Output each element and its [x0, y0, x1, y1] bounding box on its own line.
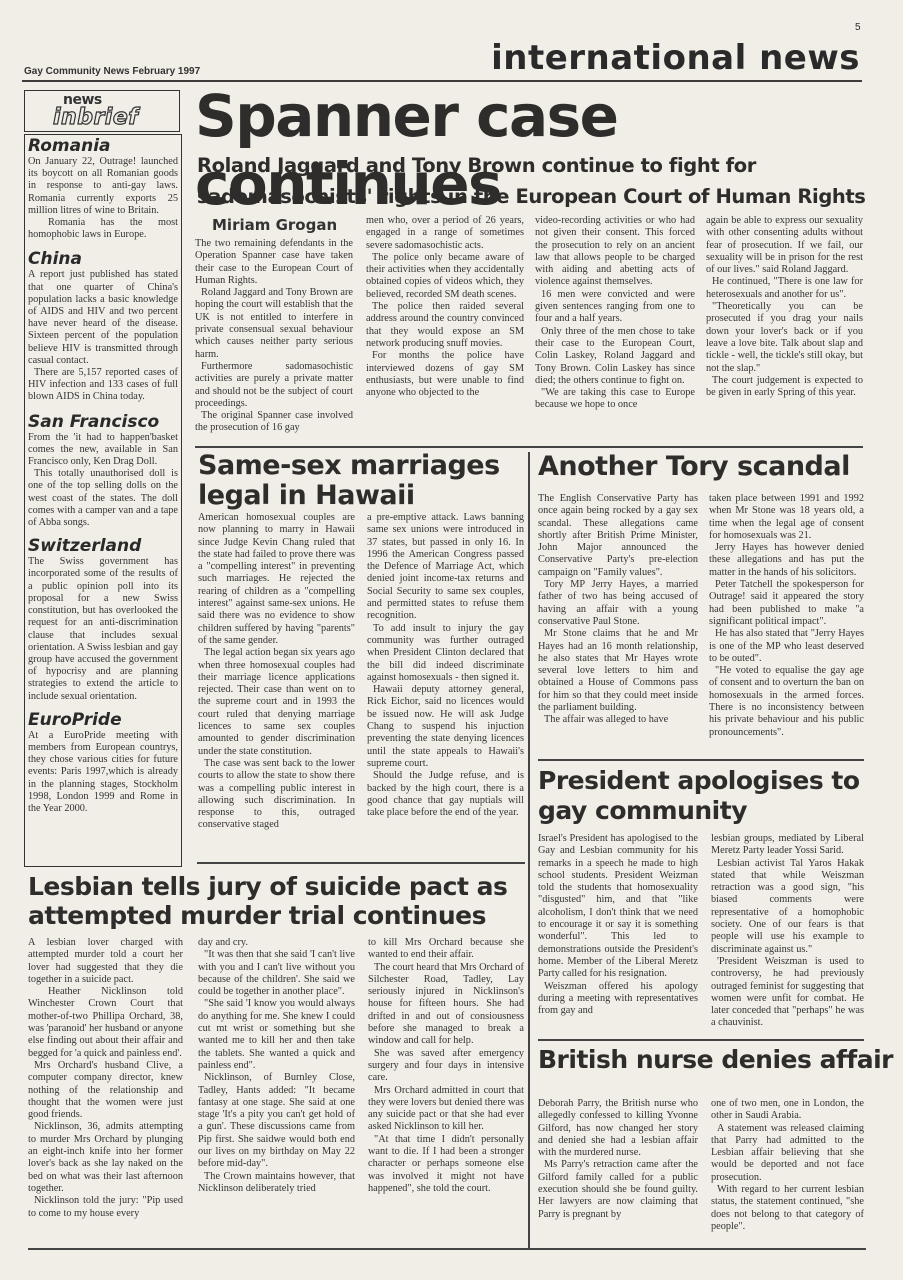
- paragraph: "Theoretically you can be prosecuted if …: [706, 301, 863, 375]
- paragraph: He has also stated that "Jerry Hayes is …: [709, 628, 864, 665]
- paragraph: "At that time I didn't personally want t…: [368, 1134, 524, 1195]
- paragraph: men who, over a period of 26 years, enga…: [366, 215, 524, 252]
- paragraph: a pre-emptive attack. Laws banning same …: [367, 512, 524, 623]
- paragraph: Tory MP Jerry Hayes, a married father of…: [538, 579, 698, 628]
- paragraph: Ms Parry's retraction came after the Gil…: [538, 1159, 698, 1220]
- president-column-1: Israel's President has apologised to the…: [538, 833, 698, 1017]
- president-bottom-rule: [538, 1039, 864, 1041]
- brief-paragraph: There are 5,157 reported cases of HIV in…: [28, 367, 178, 404]
- paragraph: The affair was alleged to have: [538, 714, 698, 726]
- brief-paragraph: This totally unauthorised doll is one of…: [28, 468, 178, 529]
- spanner-subheadline: Roland Jaggard and Tony Brown continue t…: [197, 150, 877, 212]
- paragraph: Jerry Hayes has however denied these all…: [709, 542, 864, 579]
- paragraph: Hawaii deputy attorney general, Rick Eic…: [367, 684, 524, 770]
- paragraph: "It was then that she said 'I can't live…: [198, 949, 355, 998]
- brief-heading-san-francisco: San Francisco: [28, 413, 178, 432]
- paragraph: Deborah Parry, the British nurse who all…: [538, 1098, 698, 1159]
- lesbian-column-1: A lesbian lover charged with attempted m…: [28, 937, 183, 1220]
- paragraph: Mrs Orchard admitted in court that they …: [368, 1085, 524, 1134]
- news-in-brief-logo: news inbrief: [24, 90, 180, 132]
- paragraph: The two remaining defendants in the Oper…: [195, 238, 353, 287]
- paragraph: The case was sent back to the lower cour…: [198, 758, 355, 832]
- page-number: 5: [855, 22, 861, 33]
- paragraph: day and cry.: [198, 937, 355, 949]
- brief-paragraph: Romania has the most homophobic laws in …: [28, 217, 178, 241]
- paragraph: Furthermore sadomasochistic activities a…: [195, 361, 353, 410]
- paragraph: The English Conservative Party has once …: [538, 493, 698, 579]
- paragraph: Peter Tatchell the spokesperson for Outr…: [709, 579, 864, 628]
- paragraph: one of two men, one in London, the other…: [711, 1098, 864, 1123]
- spanner-byline: Miriam Grogan: [212, 216, 337, 234]
- president-headline: President apologises to gay community: [538, 766, 868, 826]
- brief-paragraph: A report just published has stated that …: [28, 269, 178, 367]
- hawaii-headline: Same-sex marriages legal in Hawaii: [198, 451, 528, 511]
- tory-column-1: The English Conservative Party has once …: [538, 493, 698, 727]
- spanner-column-1: The two remaining defendants in the Oper…: [195, 238, 353, 435]
- brief-heading-china: China: [28, 250, 178, 269]
- paragraph: Nicklinson told the jury: "Pip used to c…: [28, 1195, 183, 1220]
- brief-paragraph: At a EuroPride meeting with members from…: [28, 730, 178, 815]
- paragraph: "He voted to equalise the gay age of con…: [709, 665, 864, 739]
- nurse-column-1: Deborah Parry, the British nurse who all…: [538, 1098, 698, 1221]
- brief-paragraph: The Swiss government has incorporated so…: [28, 556, 178, 702]
- paragraph: The police then raided several address a…: [366, 301, 524, 350]
- paragraph: The original Spanner case involved the p…: [195, 410, 353, 435]
- paragraph: The legal action began six years ago whe…: [198, 647, 355, 758]
- lesbian-column-3: to kill Mrs Orchard because she wanted t…: [368, 937, 524, 1195]
- page-bottom-rule: [28, 1248, 866, 1250]
- section-title: international news: [468, 38, 860, 78]
- news-in-brief-box: Romania On January 22, Outrage! launched…: [24, 134, 182, 867]
- lesbian-trial-headline: Lesbian tells jury of suicide pact as at…: [28, 872, 528, 930]
- paragraph: Nicklinson, of Burnley Close, Tadley, Ha…: [198, 1072, 355, 1170]
- paragraph: She was saved after emergency surgery an…: [368, 1048, 524, 1085]
- brief-heading-europride: EuroPride: [28, 711, 178, 730]
- column-divider: [528, 452, 530, 1250]
- brief-heading-romania: Romania: [28, 137, 178, 156]
- paragraph: Should the Judge refuse, and is backed b…: [367, 770, 524, 819]
- paragraph: Lesbian activist Tal Yaros Hakak stated …: [711, 858, 864, 956]
- hawaii-bottom-rule: [197, 862, 525, 864]
- paragraph: The court judgement is expected to be gi…: [706, 375, 863, 400]
- paragraph: A lesbian lover charged with attempted m…: [28, 937, 183, 986]
- paragraph: Only three of the men chose to take thei…: [535, 326, 695, 387]
- paragraph: 'President Weiszman is used to controver…: [711, 956, 864, 1030]
- paragraph: American homosexual couples are now plan…: [198, 512, 355, 647]
- tory-headline: Another Tory scandal: [538, 451, 850, 483]
- brief-heading-switzerland: Switzerland: [28, 537, 178, 556]
- spanner-column-4: again be able to express our sexuality w…: [706, 215, 863, 399]
- paragraph: A statement was released claiming that P…: [711, 1123, 864, 1184]
- brief-paragraph: From the 'it had to happen'basket comes …: [28, 432, 178, 469]
- spanner-column-3: video-recording activities or who had no…: [535, 215, 695, 412]
- paragraph: Mr Stone claims that he and Mr Hayes had…: [538, 628, 698, 714]
- paragraph: again be able to express our sexuality w…: [706, 215, 863, 276]
- nurse-column-2: one of two men, one in London, the other…: [711, 1098, 864, 1233]
- paragraph: "She said 'I know you would always do an…: [198, 998, 355, 1072]
- president-column-2: lesbian groups, mediated by Liberal Mere…: [711, 833, 864, 1030]
- publication-line: Gay Community News February 1997: [24, 66, 200, 77]
- tory-bottom-rule: [538, 759, 864, 761]
- paragraph: Nicklinson, 36, admits attempting to mur…: [28, 1121, 183, 1195]
- paragraph: video-recording activities or who had no…: [535, 215, 695, 289]
- logo-inbrief-text: inbrief: [53, 105, 138, 130]
- hawaii-column-1: American homosexual couples are now plan…: [198, 512, 355, 832]
- spanner-bottom-rule: [195, 446, 863, 448]
- paragraph: He continued, "There is one law for hete…: [706, 276, 863, 301]
- paragraph: taken place between 1991 and 1992 when M…: [709, 493, 864, 542]
- lesbian-column-2: day and cry. "It was then that she said …: [198, 937, 355, 1195]
- nurse-headline: British nurse denies affair: [538, 1043, 893, 1077]
- paragraph: The Crown maintains however, that Nickli…: [198, 1171, 355, 1196]
- paragraph: The court heard that Mrs Orchard of Silc…: [368, 962, 524, 1048]
- brief-paragraph: On January 22, Outrage! launched its boy…: [28, 156, 178, 217]
- paragraph: To add insult to injury the gay communit…: [367, 623, 524, 684]
- paragraph: 16 men were convicted and were given sen…: [535, 289, 695, 326]
- paragraph: Heather Nicklinson told Winchester Crown…: [28, 986, 183, 1060]
- paragraph: The police only became aware of their ac…: [366, 252, 524, 301]
- paragraph: With regard to her current lesbian statu…: [711, 1184, 864, 1233]
- paragraph: "We are taking this case to Europe becau…: [535, 387, 695, 412]
- paragraph: Weiszman offered his apology during a me…: [538, 981, 698, 1018]
- spanner-column-2: men who, over a period of 26 years, enga…: [366, 215, 524, 399]
- paragraph: Roland Jaggard and Tony Brown are hoping…: [195, 287, 353, 361]
- paragraph: For months the police have interviewed d…: [366, 350, 524, 399]
- paragraph: Israel's President has apologised to the…: [538, 833, 698, 981]
- paragraph: to kill Mrs Orchard because she wanted t…: [368, 937, 524, 962]
- tory-column-2: taken place between 1991 and 1992 when M…: [709, 493, 864, 739]
- hawaii-column-2: a pre-emptive attack. Laws banning same …: [367, 512, 524, 819]
- paragraph: lesbian groups, mediated by Liberal Mere…: [711, 833, 864, 858]
- paragraph: Mrs Orchard's husband Clive, a computer …: [28, 1060, 183, 1121]
